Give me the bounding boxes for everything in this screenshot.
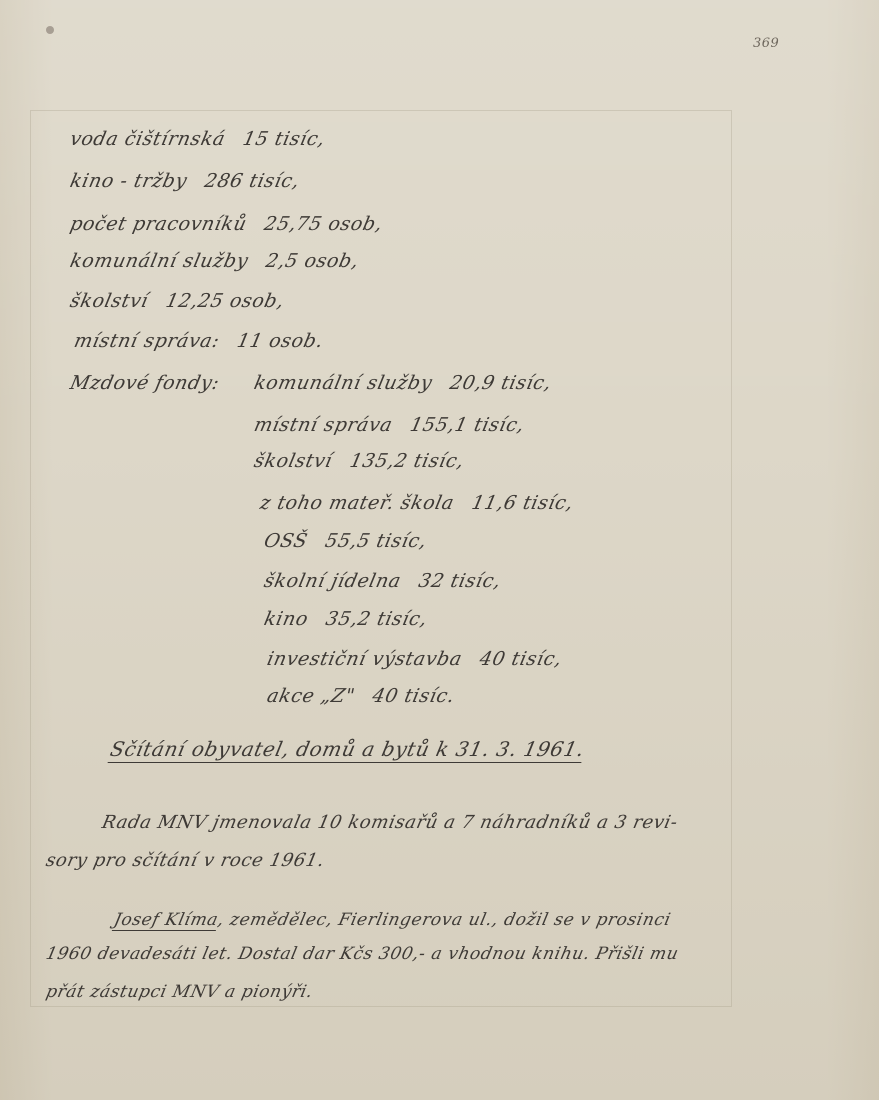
wage-fund-value: 20,9 tisíc, (448, 372, 554, 394)
wage-fund-value: 35,2 tisíc, (324, 608, 430, 630)
budget-item: školství (68, 290, 150, 312)
budget-value: 2,5 osob, (264, 250, 361, 272)
wage-fund-line-4: z toho mateř. škola11,6 tisíc, (258, 492, 576, 514)
wage-fund-value: 40 tisíc, (478, 648, 565, 670)
wage-fund-item: kino (262, 608, 310, 630)
wage-fund-item: místní správa (252, 414, 395, 436)
wage-fund-line-8: investiční výstavba40 tisíc, (265, 648, 564, 670)
budget-value: 286 tisíc, (203, 170, 302, 192)
wage-fund-line-7: kino35,2 tisíc, (262, 608, 430, 630)
budget-item: místní správa: (72, 330, 222, 352)
census-paragraph-line-1: Rada MNV jmenovala 10 komisařů a 7 náhra… (100, 812, 680, 833)
wage-fund-value: 11,6 tisíc, (470, 492, 576, 514)
budget-item: voda čištírnská (68, 128, 227, 150)
wage-fund-line-5: OSŠ55,5 tisíc, (262, 530, 429, 552)
wage-fund-line-2: místní správa155,1 tisíc, (252, 414, 527, 436)
budget-line-1: voda čištírnská15 tisíc, (68, 128, 327, 150)
wage-fund-value: 55,5 tisíc, (323, 530, 429, 552)
jubilee-name: Josef Klíma (112, 910, 220, 930)
census-heading: Sčítání obyvatel, domů a bytů k 31. 3. 1… (108, 737, 587, 761)
ink-spot (46, 26, 54, 34)
budget-value: 25,75 osob, (262, 213, 385, 235)
budget-value: 15 tisíc, (241, 128, 328, 150)
wage-fund-item: školství (252, 450, 334, 472)
chronicle-page: 369 voda čištírnská15 tisíc, kino - tržb… (0, 0, 879, 1100)
budget-line-3: počet pracovníků25,75 osob, (68, 213, 385, 235)
wage-fund-item: akce „Z" (265, 685, 357, 707)
wage-fund-value: 32 tisíc, (417, 570, 504, 592)
wage-fund-line-1: komunální služby20,9 tisíc, (252, 372, 554, 394)
budget-item: kino - tržby (68, 170, 189, 192)
wage-fund-item: investiční výstavba (265, 648, 464, 670)
budget-line-4: komunální služby2,5 osob, (68, 250, 361, 272)
wage-fund-value: 40 tisíc. (370, 685, 457, 707)
jubilee-line-1: Josef Klíma, zemědělec, Fierlingerova ul… (112, 910, 673, 930)
plate-border (30, 110, 732, 1007)
wage-fund-item: komunální služby (252, 372, 434, 394)
page-number: 369 (753, 36, 779, 51)
wage-funds-label: Mzdové fondy: (68, 372, 222, 394)
budget-value: 12,25 osob, (164, 290, 287, 312)
budget-value: 11 osob. (235, 330, 326, 352)
wage-fund-line-3: školství135,2 tisíc, (252, 450, 466, 472)
wage-fund-line-6: školní jídelna32 tisíc, (262, 570, 503, 592)
budget-item: komunální služby (68, 250, 250, 272)
wage-fund-line-9: akce „Z"40 tisíc. (265, 685, 457, 707)
wage-fund-value: 155,1 tisíc, (408, 414, 527, 436)
jubilee-line-2: 1960 devadesáti let. Dostal dar Kčs 300,… (44, 944, 681, 964)
jubilee-line-3: přát zástupci MNV a pionýři. (44, 982, 315, 1002)
budget-line-6: místní správa:11 osob. (72, 330, 326, 352)
wage-fund-value: 135,2 tisíc, (348, 450, 467, 472)
wage-fund-item: školní jídelna (262, 570, 403, 592)
budget-line-2: kino - tržby286 tisíc, (68, 170, 302, 192)
wage-fund-item: OSŠ (262, 530, 310, 552)
budget-item: počet pracovníků (68, 213, 249, 235)
census-paragraph-line-2: sory pro sčítání v roce 1961. (44, 850, 327, 871)
wage-fund-item: z toho mateř. škola (258, 492, 456, 514)
budget-line-5: školství12,25 osob, (68, 290, 286, 312)
jubilee-line-1-text: , zemědělec, Fierlingerova ul., dožil se… (216, 910, 673, 930)
